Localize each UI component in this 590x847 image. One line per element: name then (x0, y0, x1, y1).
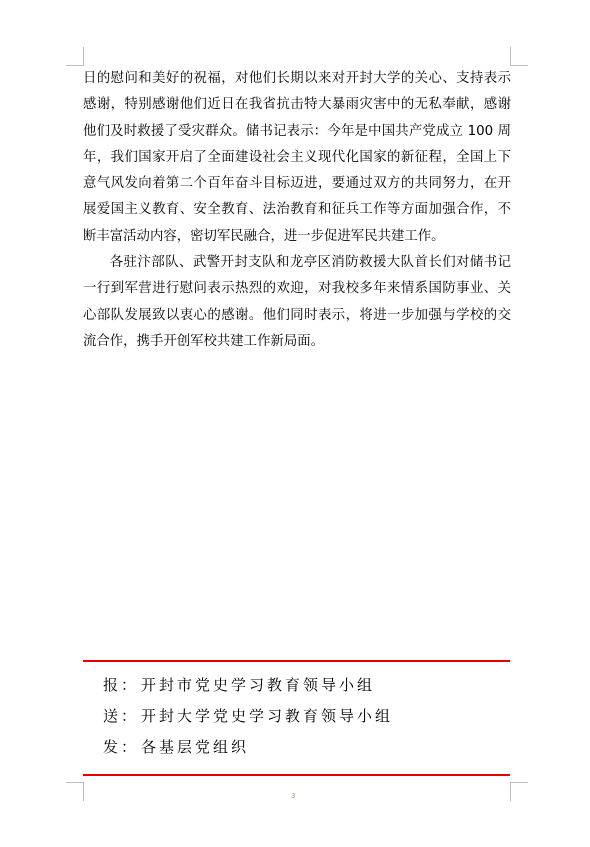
distribution-value: 开封市党史学习教育领导小组 (141, 676, 375, 694)
margin-corner-mark-top-left (66, 47, 84, 66)
distribution-value: 各基层党组织 (141, 738, 249, 756)
margin-corner-mark-bottom-right (510, 782, 528, 801)
body-text: 日的慰问和美好的祝福，对他们长期以来对开封大学的关心、支持表示感谢，特别感谢他们… (83, 66, 511, 355)
red-divider-bottom (83, 774, 510, 776)
distribution-value: 开封大学党史学习教育领导小组 (141, 707, 393, 725)
paragraph-1: 日的慰问和美好的祝福，对他们长期以来对开封大学的关心、支持表示感谢，特别感谢他们… (83, 66, 511, 250)
red-divider-top (83, 660, 510, 662)
distribution-key: 发： (103, 738, 139, 756)
distribution-key: 报： (103, 676, 139, 694)
distribution-key: 送： (103, 707, 139, 725)
margin-corner-mark-top-right (510, 47, 528, 66)
page-number: 3 (291, 792, 295, 800)
distribution-line-send: 送：开封大学党史学习教育领导小组 (103, 706, 393, 726)
paragraph-2: 各驻汴部队、武警开封支队和龙亭区消防救援大队首长们对储书记一行到军营进行慰问表示… (83, 250, 511, 355)
margin-corner-mark-bottom-left (66, 782, 84, 801)
distribution-line-issue: 发：各基层党组织 (103, 737, 249, 757)
document-page: 日的慰问和美好的祝福，对他们长期以来对开封大学的关心、支持表示感谢，特别感谢他们… (0, 0, 590, 847)
distribution-line-report: 报：开封市党史学习教育领导小组 (103, 675, 375, 695)
